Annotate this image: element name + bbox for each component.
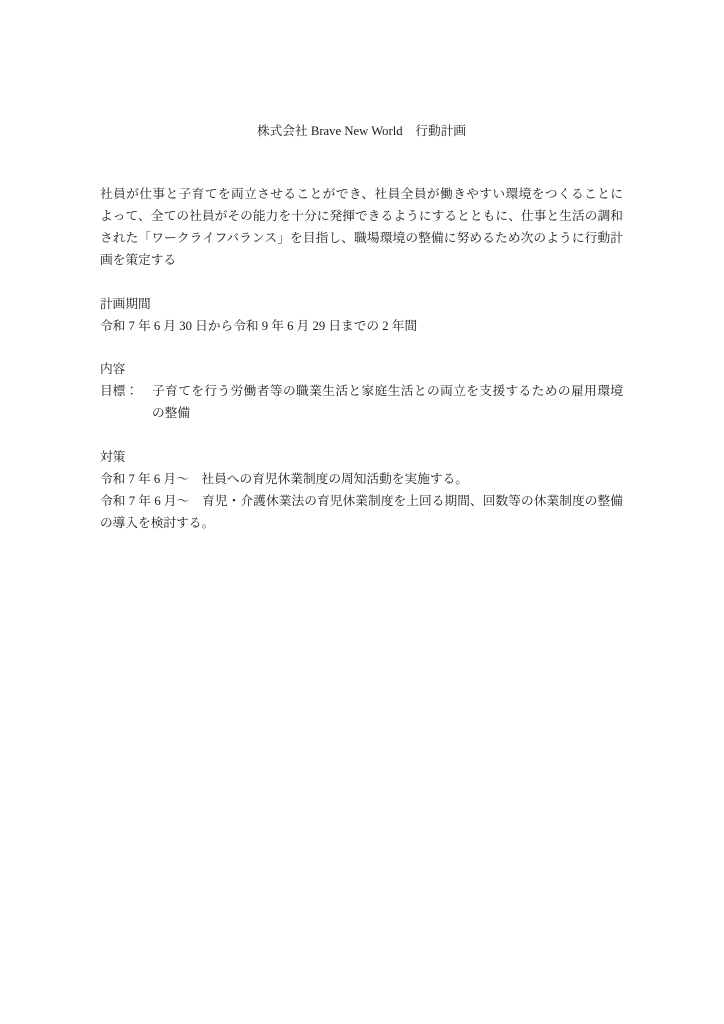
plan-period-heading: 計画期間 [100,294,623,316]
goal-line-1: 子育てを行う労働者等の職業生活と家庭生活との両立を支援するための雇用環境 [152,381,623,403]
measures-heading: 対策 [100,447,623,469]
section-content: 内容 目標： 子育てを行う労働者等の職業生活と家庭生活との両立を支援するための雇… [100,359,623,425]
goal-text: 子育てを行う労働者等の職業生活と家庭生活との両立を支援するための雇用環境 の整備 [152,381,623,425]
measure-line-2: 令和 7 年 6 月～ 育児・介護休業法の育児休業制度を上回る期間、回数等の休業… [100,491,623,513]
goal-line-2: の整備 [152,403,623,425]
plan-period-body: 令和 7 年 6 月 30 日から令和 9 年 6 月 29 日までの 2 年間 [100,316,623,338]
measure-line-3: の導入を検討する。 [100,513,623,535]
section-measures: 対策 令和 7 年 6 月～ 社員への育児休業制度の周知活動を実施する。 令和 … [100,447,623,535]
document-title: 株式会社 Brave New World 行動計画 [100,121,623,143]
content-heading: 内容 [100,359,623,381]
intro-paragraph: 社員が仕事と子育てを両立させることができ、社員全員が働きやすい環境をつくることに… [100,184,623,272]
document-page: 株式会社 Brave New World 行動計画 社員が仕事と子育てを両立させ… [0,0,724,1024]
document-body: 株式会社 Brave New World 行動計画 社員が仕事と子育てを両立させ… [100,121,623,534]
intro-line-3: された「ワークライフバランス」を目指し、職場環境の整備に努めるため次のように行動… [100,228,623,250]
intro-line-1: 社員が仕事と子育てを両立させることができ、社員全員が働きやすい環境をつくることに [100,184,623,206]
section-plan-period: 計画期間 令和 7 年 6 月 30 日から令和 9 年 6 月 29 日までの… [100,294,623,338]
measure-line-1: 令和 7 年 6 月～ 社員への育児休業制度の周知活動を実施する。 [100,469,623,491]
intro-line-2: よって、全ての社員がその能力を十分に発揮できるようにするとともに、仕事と生活の調… [100,206,623,228]
intro-line-4: 画を策定する [100,250,623,272]
goal-label: 目標： [100,381,152,403]
goal-row: 目標： 子育てを行う労働者等の職業生活と家庭生活との両立を支援するための雇用環境… [100,381,623,425]
